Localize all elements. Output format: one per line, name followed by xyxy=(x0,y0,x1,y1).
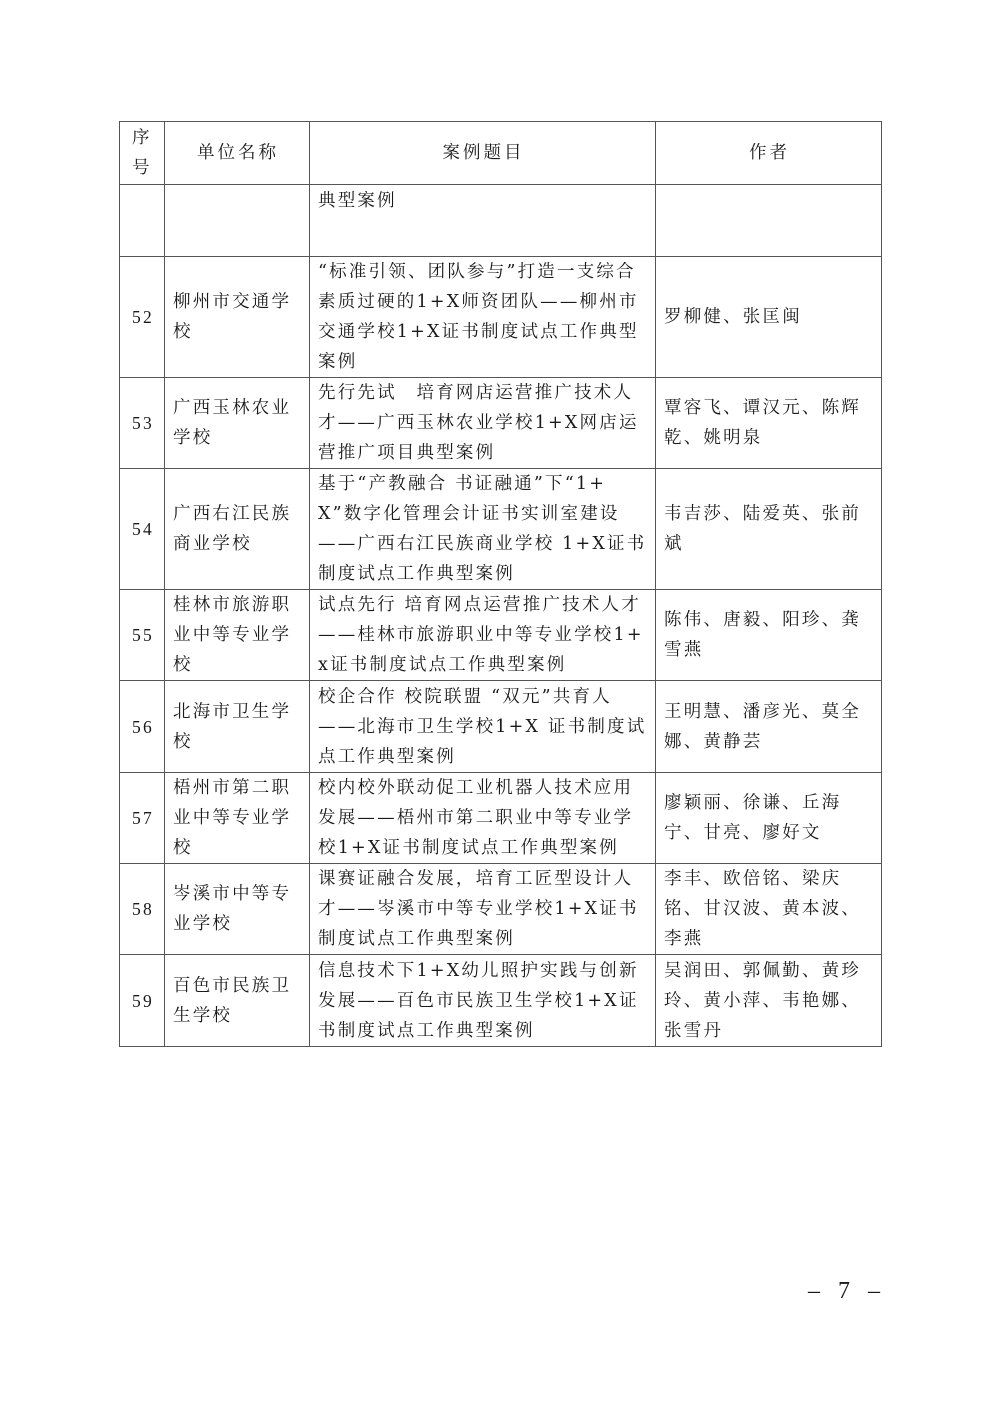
header-serial-number: 序号 xyxy=(120,122,165,185)
cell-author: 吴润田、郭佩勤、黄珍玲、黄小萍、韦艳娜、张雪丹 xyxy=(656,955,882,1047)
cell-no: 53 xyxy=(120,378,165,469)
cell-unit: 北海市卫生学校 xyxy=(165,681,310,773)
table-row: 53 广西玉林农业学校 先行先试 培育网店运营推广技术人才——广西玉林农业学校1… xyxy=(120,378,882,469)
cell-title: 试点先行 培育网点运营推广技术人才——桂林市旅游职业中等专业学校1+x证书制度试… xyxy=(310,590,656,681)
cell-author: 陈伟、唐毅、阳珍、龚雪燕 xyxy=(656,590,882,681)
cell-unit: 岑溪市中等专业学校 xyxy=(165,864,310,955)
cell-title: 信息技术下1+X幼儿照护实践与创新发展——百色市民族卫生学校1+X证书制度试点工… xyxy=(310,955,656,1047)
cell-author: 罗柳健、张匡闽 xyxy=(656,257,882,378)
cell-author xyxy=(656,185,882,257)
cell-author: 覃容飞、谭汉元、陈辉乾、姚明泉 xyxy=(656,378,882,469)
case-table: 序号 单位名称 案例题目 作者 典型案例 52 柳州市交通学校 “标准引领、团队… xyxy=(119,121,882,1047)
cell-no: 59 xyxy=(120,955,165,1047)
header-case-title: 案例题目 xyxy=(310,122,656,185)
cell-title: 基于“产教融合 书证融通”下“1+X”数字化管理会计证书实训室建设——广西右江民… xyxy=(310,469,656,590)
cell-no: 52 xyxy=(120,257,165,378)
cell-unit: 广西右江民族商业学校 xyxy=(165,469,310,590)
cell-unit: 柳州市交通学校 xyxy=(165,257,310,378)
cell-author: 王明慧、潘彦光、莫全娜、黄静芸 xyxy=(656,681,882,773)
table-row: 54 广西右江民族商业学校 基于“产教融合 书证融通”下“1+X”数字化管理会计… xyxy=(120,469,882,590)
cell-no: 54 xyxy=(120,469,165,590)
cell-title: 校企合作 校院联盟 “双元”共育人——北海市卫生学校1+X 证书制度试点工作典型… xyxy=(310,681,656,773)
cell-no: 58 xyxy=(120,864,165,955)
cell-title: 课赛证融合发展，培育工匠型设计人才——岑溪市中等专业学校1+X证书制度试点工作典… xyxy=(310,864,656,955)
table-header-row: 序号 单位名称 案例题目 作者 xyxy=(120,122,882,185)
header-author: 作者 xyxy=(656,122,882,185)
table-row: 55 桂林市旅游职业中等专业学校 试点先行 培育网点运营推广技术人才——桂林市旅… xyxy=(120,590,882,681)
cell-title: “标准引领、团队参与”打造一支综合素质过硬的1+X师资团队——柳州市交通学校1+… xyxy=(310,257,656,378)
cell-unit: 梧州市第二职业中等专业学校 xyxy=(165,773,310,864)
cell-author: 李丰、欧倍铭、梁庆铭、甘汉波、黄本波、李燕 xyxy=(656,864,882,955)
cell-no xyxy=(120,185,165,257)
cell-no: 57 xyxy=(120,773,165,864)
table-row: 58 岑溪市中等专业学校 课赛证融合发展，培育工匠型设计人才——岑溪市中等专业学… xyxy=(120,864,882,955)
cell-author: 廖颖丽、徐谦、丘海宁、甘亮、廖好文 xyxy=(656,773,882,864)
cell-unit: 百色市民族卫生学校 xyxy=(165,955,310,1047)
cell-no: 56 xyxy=(120,681,165,773)
cell-author: 韦吉莎、陆爱英、张前斌 xyxy=(656,469,882,590)
cell-title: 校内校外联动促工业机器人技术应用发展——梧州市第二职业中等专业学校1+X证书制度… xyxy=(310,773,656,864)
table-row: 52 柳州市交通学校 “标准引领、团队参与”打造一支综合素质过硬的1+X师资团队… xyxy=(120,257,882,378)
table-row: 57 梧州市第二职业中等专业学校 校内校外联动促工业机器人技术应用发展——梧州市… xyxy=(120,773,882,864)
cell-title: 典型案例 xyxy=(310,185,656,257)
table-row-continued: 典型案例 xyxy=(120,185,882,257)
page-number: – 7 – xyxy=(808,1278,886,1305)
table-row: 56 北海市卫生学校 校企合作 校院联盟 “双元”共育人——北海市卫生学校1+X… xyxy=(120,681,882,773)
cell-no: 55 xyxy=(120,590,165,681)
cell-unit xyxy=(165,185,310,257)
header-unit-name: 单位名称 xyxy=(165,122,310,185)
cell-unit: 桂林市旅游职业中等专业学校 xyxy=(165,590,310,681)
table-row: 59 百色市民族卫生学校 信息技术下1+X幼儿照护实践与创新发展——百色市民族卫… xyxy=(120,955,882,1047)
document-page: 序号 单位名称 案例题目 作者 典型案例 52 柳州市交通学校 “标准引领、团队… xyxy=(0,0,1000,1414)
cell-unit: 广西玉林农业学校 xyxy=(165,378,310,469)
cell-title: 先行先试 培育网店运营推广技术人才——广西玉林农业学校1+X网店运营推广项目典型… xyxy=(310,378,656,469)
